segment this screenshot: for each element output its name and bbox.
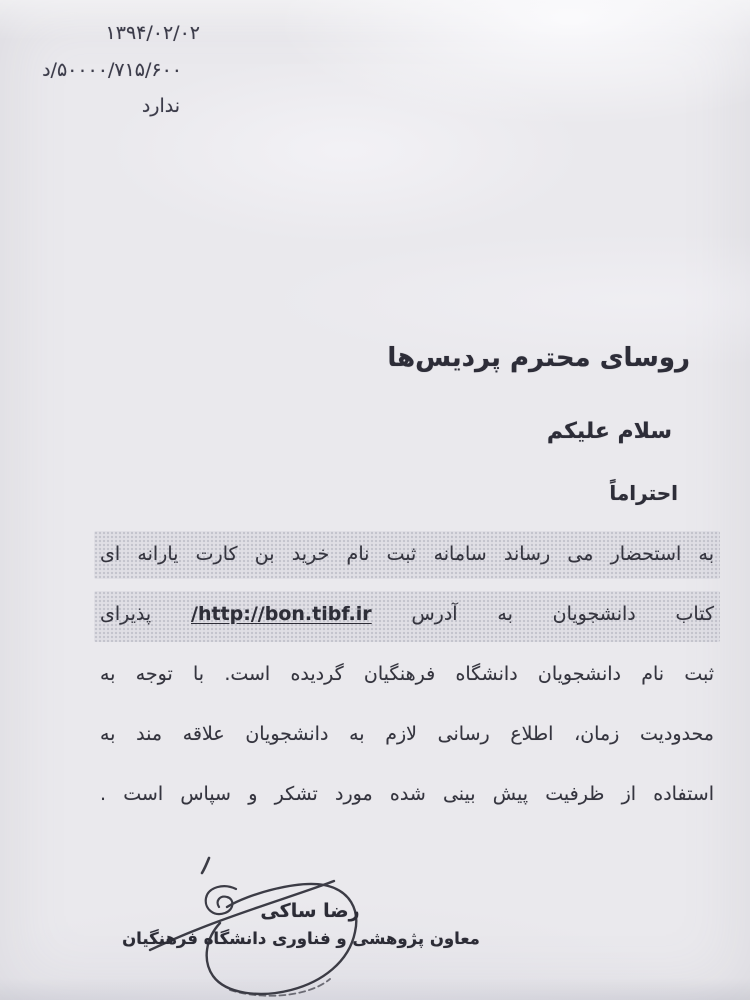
body-line: محدودیت زمان، اطلاع رسانی لازم به دانشجو…	[100, 704, 714, 764]
body-line: به استحضار می رساند سامانه ثبت نام خرید …	[100, 524, 714, 584]
body-line-post-text: پذیرای	[100, 603, 151, 625]
body-line-with-url: کتاب دانشجویان به آدرس http://bon.tibf.i…	[100, 584, 714, 644]
salutation-line: سلام علیکم	[547, 413, 672, 451]
body-line: ثبت نام دانشجویان دانشگاه فرهنگیان گردید…	[100, 644, 714, 704]
recipient-heading: روسای محترم پردیس‌ها	[387, 336, 690, 380]
letter-number: ۵۰۰۰۰/۷۱۵/۶۰۰/د	[42, 55, 182, 85]
body-line: استفاده از ظرفیت پیش بینی شده مورد تشکر …	[100, 764, 714, 824]
signer-name: رضا ساکی	[250, 900, 370, 922]
letter-attachment: ندارد	[142, 91, 180, 121]
signer-title: معاون پژوهشی و فناوری دانشگاه فرهنگیان	[121, 929, 481, 948]
body-line-pre-text: کتاب دانشجویان به آدرس	[411, 603, 714, 625]
registration-url-link[interactable]: http://bon.tibf.ir/	[191, 603, 372, 625]
respect-line: احتراماً	[609, 474, 678, 512]
letter-date: ۱۳۹۴/۰۲/۰۲	[106, 18, 200, 48]
scanned-letter-page: ۱۳۹۴/۰۲/۰۲ ۵۰۰۰۰/۷۱۵/۶۰۰/د ندارد روسای م…	[0, 0, 750, 1000]
letter-body: به استحضار می رساند سامانه ثبت نام خرید …	[100, 524, 714, 824]
